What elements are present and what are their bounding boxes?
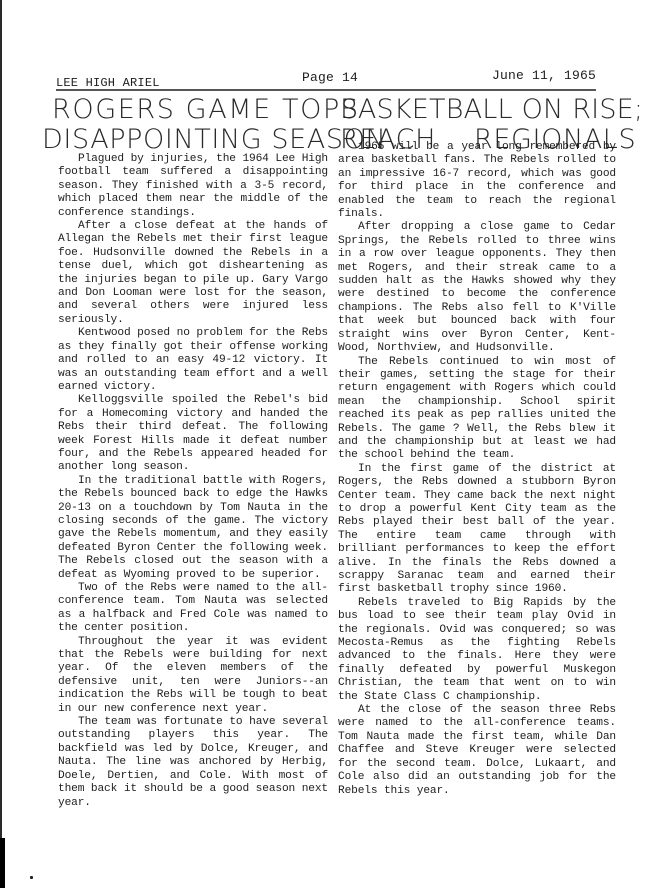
article-paragraph: At the close of the season three Rebs we… xyxy=(338,704,616,798)
page-number: Page 14 xyxy=(302,70,358,85)
article-paragraph: The team was fortunate to have several o… xyxy=(58,716,328,810)
article-paragraph: After dropping a close game to Cedar Spr… xyxy=(338,221,616,355)
football-article-body: Plagued by injuries, the 1964 Lee High f… xyxy=(58,153,328,810)
issue-date: June 11, 1965 xyxy=(492,68,596,83)
scan-speck xyxy=(30,876,33,879)
article-paragraph: Plagued by injuries, the 1964 Lee High f… xyxy=(58,153,328,220)
masthead: LEE HIGH ARIEL Page 14 June 11, 1965 xyxy=(56,70,596,90)
article-paragraph: Two of the Rebs were named to the all-co… xyxy=(58,582,328,636)
scan-left-edge xyxy=(0,0,2,888)
football-headline-line2: DISAPPOINTING SEASON xyxy=(42,125,386,155)
article-paragraph: Kelloggsville spoiled the Rebel's bid fo… xyxy=(58,394,328,474)
article-paragraph: Kentwood posed no problem for the Rebs a… xyxy=(58,327,328,394)
scan-edge-mark xyxy=(0,838,5,888)
article-paragraph: After a close defeat at the hands of All… xyxy=(58,220,328,327)
article-paragraph: 1965 will be a year long remembered by a… xyxy=(338,141,616,221)
article-paragraph: Rebels traveled to Big Rapids by the bus… xyxy=(338,597,616,704)
basketball-article-body: 1965 will be a year long remembered by a… xyxy=(338,141,616,798)
basketball-headline-line1: BASKETBALL ON RISE; xyxy=(340,95,643,125)
article-paragraph: Throughout the year it was evident that … xyxy=(58,636,328,716)
football-headline-line1: ROGERS GAME TOPS xyxy=(52,95,360,125)
publication-name: LEE HIGH ARIEL xyxy=(56,76,160,90)
masthead-rule xyxy=(56,89,596,91)
article-paragraph: The Rebels continued to win most of thei… xyxy=(338,356,616,463)
article-paragraph: In the first game of the district at Rog… xyxy=(338,463,616,597)
article-paragraph: In the traditional battle with Rogers, t… xyxy=(58,475,328,582)
